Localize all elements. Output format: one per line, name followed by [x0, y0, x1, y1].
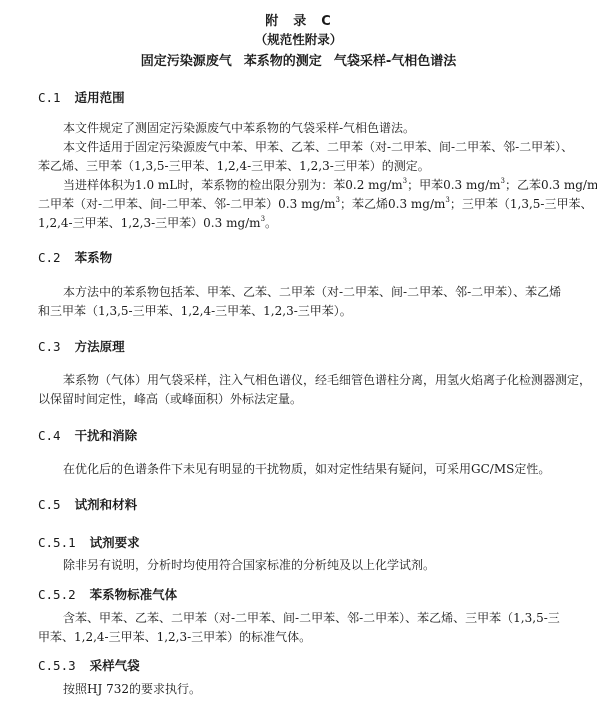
text-segment: ；苯乙烯0.3 mg/m [340, 197, 445, 211]
section-body-c5-3: 按照HJ 732的要求执行。 [38, 680, 578, 699]
section-number: C.1 [38, 90, 61, 105]
paragraph-line: 除非另有说明，分析时均使用符合国家标准的分析纯及以上化学试剂。 [38, 556, 578, 575]
paragraph-line: 本文件适用于固定污染源废气中苯、甲苯、乙苯、二甲苯（对-二甲苯、间-二甲苯、邻-… [38, 138, 578, 157]
section-heading-c5-3: C.5.3采样气袋 [38, 656, 140, 674]
text-segment: ；三甲苯（1,3,5-三甲苯、 [450, 197, 593, 211]
annex-type: （规范性附录） [0, 30, 597, 48]
section-number: C.5.2 [38, 587, 76, 602]
section-number: C.2 [38, 250, 61, 265]
title-part-2: 苯系物的测定 [244, 54, 322, 69]
section-heading-c5-2: C.5.2苯系物标准气体 [38, 585, 177, 603]
section-body-c3: 苯系物（气体）用气袋采样，注入气相色谱仪，经毛细管色谱柱分离，用氢火焰离子化检测… [38, 371, 578, 409]
annex-letter: C [321, 14, 332, 29]
text-segment: ；甲苯0.3 mg/m [407, 178, 500, 192]
text-segment: 当进样体积为1.0 mL时，苯系物的检出限分别为：苯0.2 mg/m [63, 178, 403, 192]
section-title: 试剂要求 [90, 535, 140, 550]
text-segment: 二甲苯（对-二甲苯、间-二甲苯、邻-二甲苯）0.3 mg/m [38, 197, 336, 211]
annex-label-char2: 录 [293, 14, 307, 29]
section-title: 苯系物标准气体 [90, 587, 178, 602]
section-body-c4: 在优化后的色谱条件下未见有明显的干扰物质，如对定性结果有疑问，可采用GC/MS定… [38, 460, 578, 479]
paragraph-line: 本文件规定了测固定污染源废气中苯系物的气袋采样-气相色谱法。 [38, 119, 578, 138]
paragraph-line: 以保留时间定性，峰高（或峰面积）外标法定量。 [38, 390, 578, 409]
title-part-1: 固定污染源废气 [141, 54, 232, 69]
text-segment: 1,2,4-三甲苯、1,2,3-三甲苯）0.3 mg/m [38, 216, 261, 230]
section-title: 方法原理 [75, 339, 125, 354]
section-heading-c2: C.2苯系物 [38, 248, 112, 266]
section-body-c2: 本方法中的苯系物包括苯、甲苯、乙苯、二甲苯（对-二甲苯、间-二甲苯、邻-二甲苯）… [38, 283, 578, 321]
paragraph-line-detection-limits-2: 二甲苯（对-二甲苯、间-二甲苯、邻-二甲苯）0.3 mg/m3；苯乙烯0.3 m… [38, 195, 578, 214]
section-number: C.5.1 [38, 535, 76, 550]
section-body-c5-2: 含苯、甲苯、乙苯、二甲苯（对-二甲苯、间-二甲苯、邻-二甲苯）、苯乙烯、三甲苯（… [38, 609, 578, 647]
section-number: C.3 [38, 339, 61, 354]
paragraph-line: 甲苯、1,2,4-三甲苯、1,2,3-三甲苯）的标准气体。 [38, 628, 578, 647]
paragraph-line: 本方法中的苯系物包括苯、甲苯、乙苯、二甲苯（对-二甲苯、间-二甲苯、邻-二甲苯）… [38, 283, 578, 302]
section-title: 干扰和消除 [75, 428, 138, 443]
text-segment: ；乙苯0.3 mg/m [505, 178, 597, 192]
section-title: 苯系物 [75, 250, 113, 265]
section-title: 试剂和材料 [75, 497, 138, 512]
paragraph-line-detection-limits-3: 1,2,4-三甲苯、1,2,3-三甲苯）0.3 mg/m3。 [38, 214, 578, 233]
annex-label-char1: 附 [265, 14, 279, 29]
paragraph-line: 苯乙烯、三甲苯（1,3,5-三甲苯、1,2,4-三甲苯、1,2,3-三甲苯）的测… [38, 157, 578, 176]
text-segment: 。 [265, 216, 277, 230]
paragraph-line: 含苯、甲苯、乙苯、二甲苯（对-二甲苯、间-二甲苯、邻-二甲苯）、苯乙烯、三甲苯（… [38, 609, 578, 628]
section-heading-c5: C.5试剂和材料 [38, 495, 137, 513]
paragraph-line: 按照HJ 732的要求执行。 [38, 680, 578, 699]
section-heading-c5-1: C.5.1试剂要求 [38, 533, 140, 551]
annex-label: 附录C [0, 10, 597, 29]
title-part-3: 气袋采样-气相色谱法 [334, 54, 456, 69]
section-title: 采样气袋 [90, 658, 140, 673]
section-number: C.5.3 [38, 658, 76, 673]
paragraph-line: 苯系物（气体）用气袋采样，注入气相色谱仪，经毛细管色谱柱分离，用氢火焰离子化检测… [38, 371, 578, 390]
section-heading-c1: C.1适用范围 [38, 88, 125, 106]
paragraph-line-detection-limits-1: 当进样体积为1.0 mL时，苯系物的检出限分别为：苯0.2 mg/m3；甲苯0.… [38, 176, 578, 195]
section-title: 适用范围 [75, 90, 125, 105]
section-body-c5-1: 除非另有说明，分析时均使用符合国家标准的分析纯及以上化学试剂。 [38, 556, 578, 575]
section-number: C.4 [38, 428, 61, 443]
section-number: C.5 [38, 497, 61, 512]
paragraph-line: 和三甲苯（1,3,5-三甲苯、1,2,4-三甲苯、1,2,3-三甲苯）。 [38, 302, 578, 321]
section-body-c1: 本文件规定了测固定污染源废气中苯系物的气袋采样-气相色谱法。 本文件适用于固定污… [38, 119, 578, 233]
section-heading-c4: C.4干扰和消除 [38, 426, 137, 444]
paragraph-line: 在优化后的色谱条件下未见有明显的干扰物质，如对定性结果有疑问，可采用GC/MS定… [38, 460, 578, 479]
section-heading-c3: C.3方法原理 [38, 337, 125, 355]
document-title: 固定污染源废气苯系物的测定气袋采样-气相色谱法 [0, 50, 597, 69]
